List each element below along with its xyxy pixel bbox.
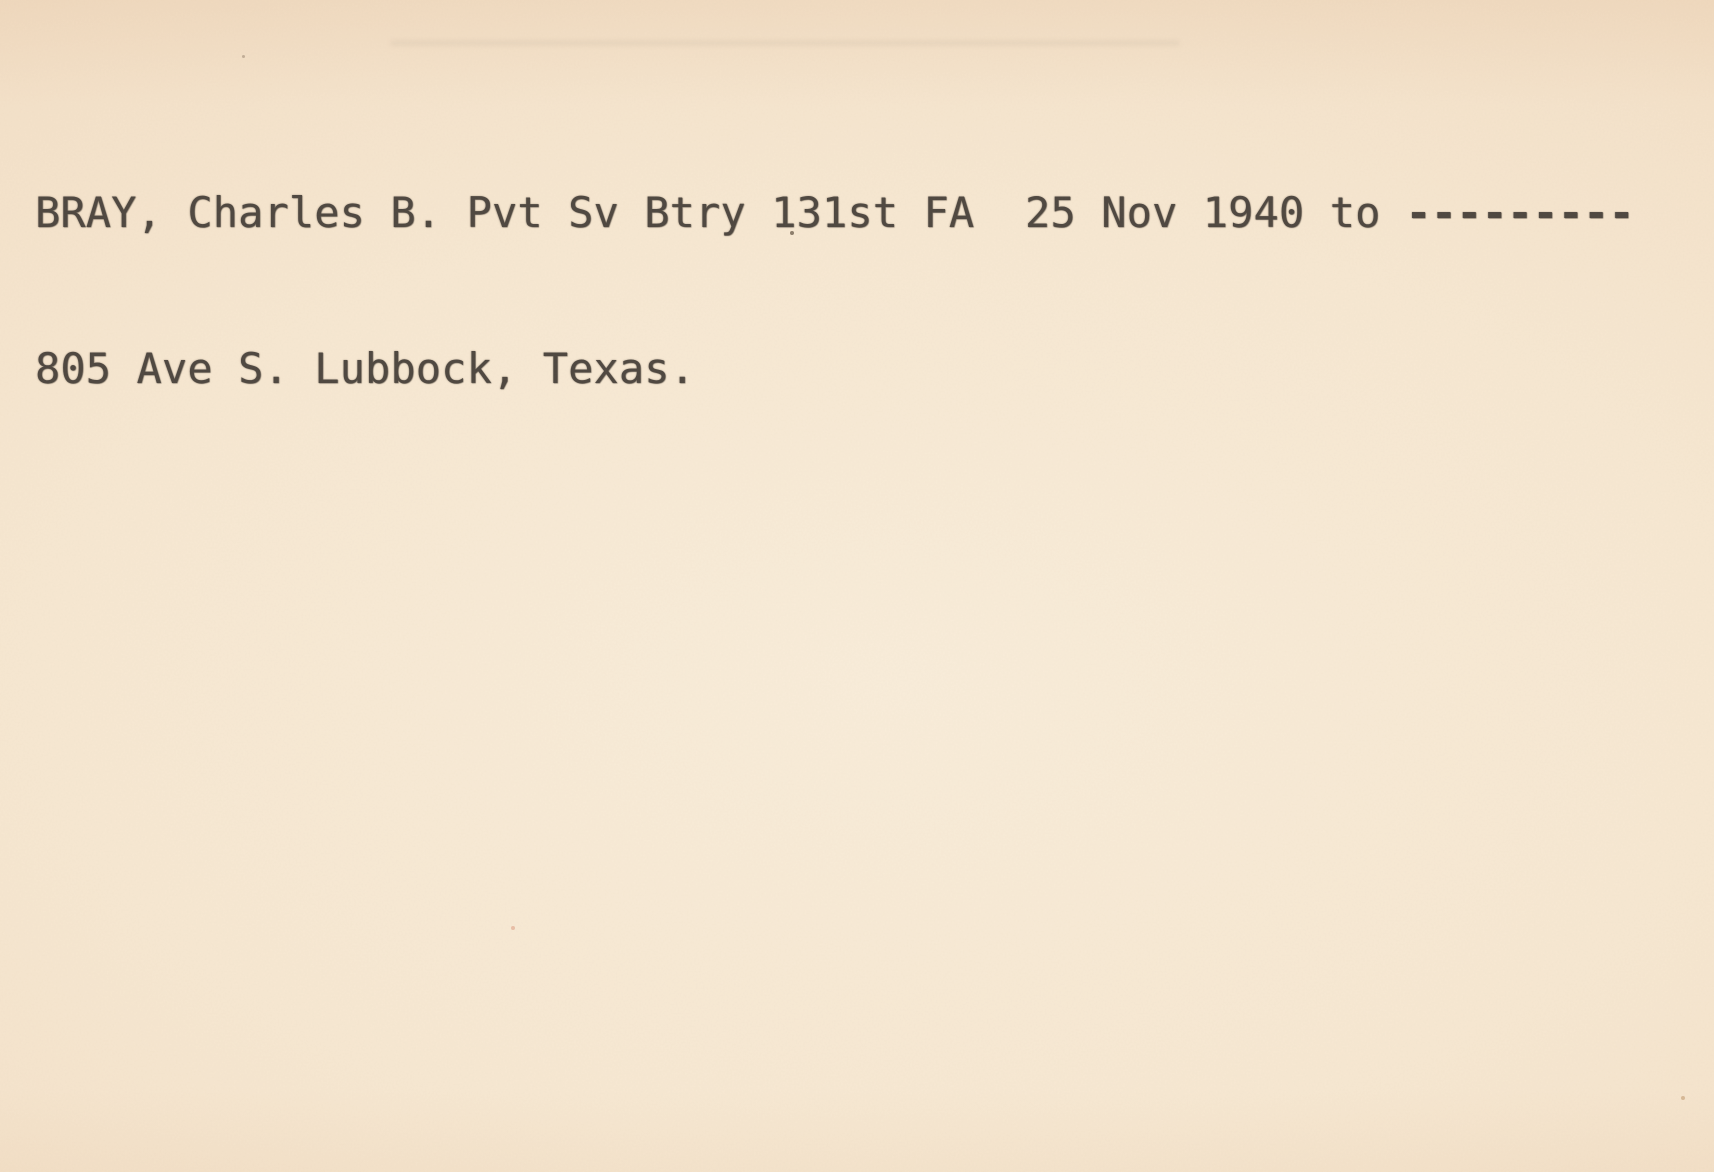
- entry-overstrike-dashes: ---------: [1406, 188, 1634, 237]
- paper-speck: [1681, 1096, 1685, 1100]
- paper-speck: [511, 926, 515, 930]
- entry-line-service: BRAY, Charles B. Pvt Sv Btry 131st FA 25…: [35, 187, 1634, 239]
- scan-smudge: [390, 40, 1180, 46]
- index-card: BRAY, Charles B. Pvt Sv Btry 131st FA 25…: [0, 0, 1714, 1172]
- typed-entry: BRAY, Charles B. Pvt Sv Btry 131st FA 25…: [35, 83, 1634, 499]
- paper-speck: [242, 55, 245, 58]
- paper-speck: [790, 231, 794, 235]
- entry-name-rank-unit-date: BRAY, Charles B. Pvt Sv Btry 131st FA 25…: [35, 188, 1406, 237]
- entry-address: 805 Ave S. Lubbock, Texas.: [35, 344, 695, 393]
- entry-line-address: 805 Ave S. Lubbock, Texas.: [35, 343, 1634, 395]
